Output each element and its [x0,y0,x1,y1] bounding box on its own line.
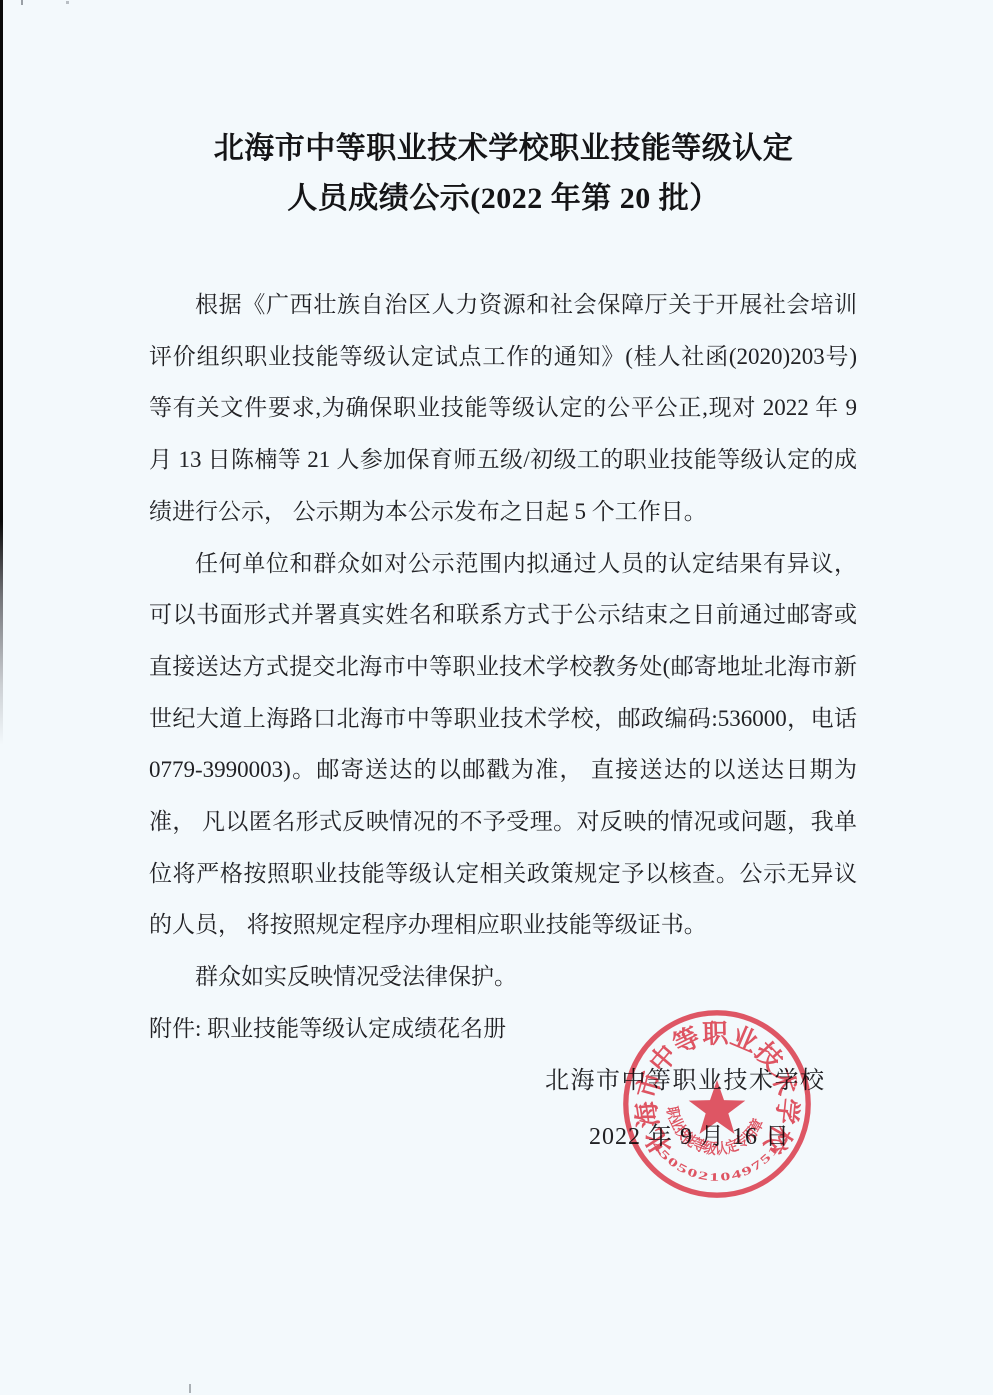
document-body: 根据《广西壮族自治区人力资源和社会保障厅关于开展社会培训评价组织职业技能等级认定… [149,279,857,1055]
scanned-document-page: 北海市中等职业技术学校职业技能等级认定 人员成绩公示(2022 年第 20 批）… [0,0,993,1395]
document-title-line1: 北海市中等职业技术学校职业技能等级认定 [150,124,857,174]
seal-star-icon [689,1080,746,1134]
scan-speck [189,1384,191,1393]
scan-speck [66,1,69,4]
paragraph-objection-procedure: 任何单位和群众如对公示范围内拟通过人员的认定结果有异议，可以书面形式并署真实姓名… [149,538,857,952]
scan-edge-artifact [0,0,3,745]
document-title-line2: 人员成绩公示(2022 年第 20 批） [150,174,857,224]
document-title: 北海市中等职业技术学校职业技能等级认定 人员成绩公示(2022 年第 20 批） [150,124,857,224]
official-red-seal: 北海市中等职业技术学校 职业技能等级认定专用章 4505021049751 [621,1008,813,1200]
paragraph-legal-protection: 群众如实反映情况受法律保护。 [149,951,857,1003]
paragraph-basis: 根据《广西壮族自治区人力资源和社会保障厅关于开展社会培训评价组织职业技能等级认定… [149,279,857,538]
scan-speck [21,0,23,5]
